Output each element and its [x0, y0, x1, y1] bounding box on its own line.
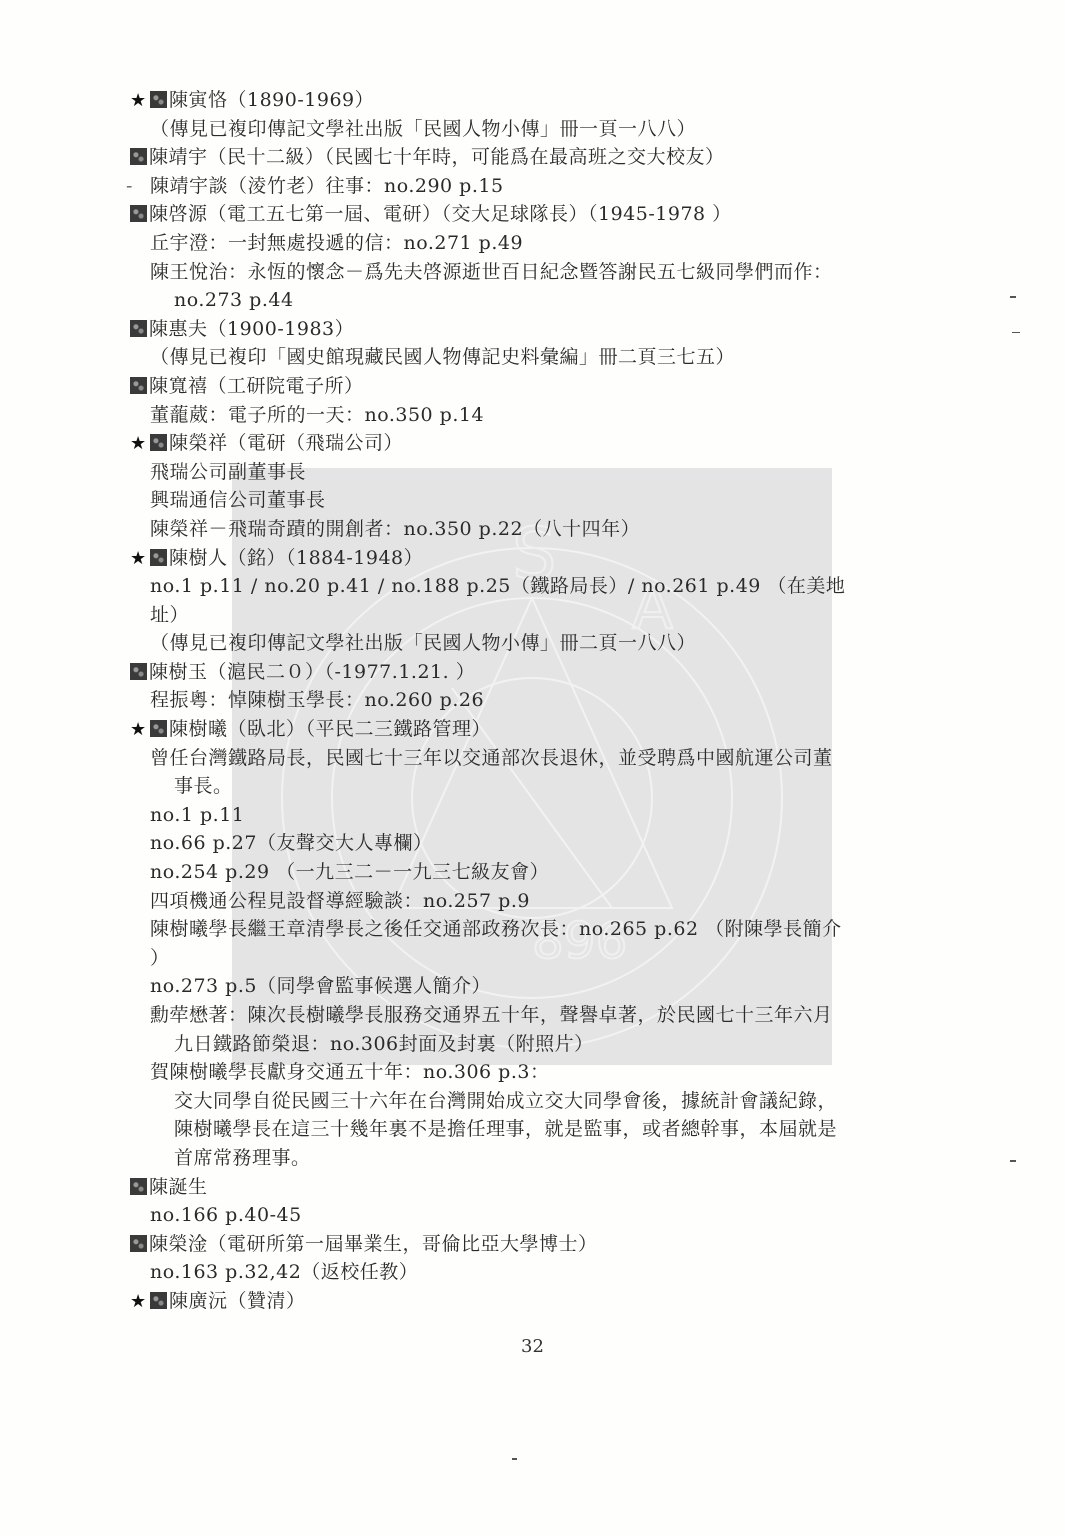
entry-text: ）	[150, 947, 170, 969]
entry-text: 陳誕生	[149, 1176, 208, 1198]
entry-reference-line: no.66 p.27（友聲交大人專欄）	[0, 829, 1065, 858]
entry-text: 址）	[150, 604, 189, 626]
document-body: ★陳寅恪（1890-1969）（傳見已複印傳記文學社出版「民國人物小傳」冊一頁一…	[0, 86, 1065, 1316]
star-icon: ★	[130, 716, 150, 745]
star-icon: ★	[130, 1288, 150, 1317]
seal-icon	[150, 549, 167, 566]
seal-icon	[130, 1178, 147, 1195]
entry-continuation-line: 事長。	[0, 772, 1065, 801]
person-entry-heading: 陳樹玉（滬民二０）（-1977.1.21. ）	[0, 658, 1065, 687]
entry-text: 陳樹人（銘）（1884-1948）	[169, 547, 423, 569]
entry-continuation-line: 陳樹曦學長在這三十幾年裏不是擔任理事，就是監事，或者總幹事，本屆就是	[0, 1115, 1065, 1144]
entry-continuation-line: 首席常務理事。	[0, 1144, 1065, 1173]
scan-artifact	[512, 1458, 517, 1460]
entry-text: 陳榮祥－飛瑞奇蹟的開創者：no.350 p.22（八十四年）	[150, 518, 640, 540]
entry-reference-line: no.273 p.5（同學會監事候選人簡介）	[0, 972, 1065, 1001]
entry-reference-line: 賀陳樹曦學長獻身交通五十年：no.306 p.3：	[0, 1058, 1065, 1087]
entry-reference-line: 興瑞通信公司董事長	[0, 486, 1065, 515]
entry-reference-line: no.1 p.11	[0, 801, 1065, 830]
entry-text: no.254 p.29 （一九三二－一九三七級友會）	[150, 861, 549, 883]
person-entry-heading: ★陳樹曦（臥北）（平民二三鐵路管理）	[0, 715, 1065, 744]
entry-text: 曾任台灣鐵路局長，民國七十三年以交通部次長退休，並受聘爲中國航運公司董	[150, 747, 833, 769]
seal-icon	[130, 377, 147, 394]
entry-text: 陳樹曦（臥北）（平民二三鐵路管理）	[169, 718, 491, 740]
entry-reference-line: 陳王悅治：永恆的懷念－爲先夫啓源逝世百日紀念暨答謝民五七級同學們而作：	[0, 258, 1065, 287]
dash-mark: -	[126, 172, 150, 201]
entry-continuation-line: 九日鐵路節榮退：no.306封面及封裏（附照片）	[0, 1030, 1065, 1059]
entry-text: no.163 p.32,42（返校任教）	[150, 1261, 418, 1283]
entry-text: 陳惠夫（1900-1983）	[149, 318, 354, 340]
entry-reference-line: 飛瑞公司副董事長	[0, 458, 1065, 487]
entry-text: 陳靖宇（民十二級）（民國七十年時，可能爲在最高班之交大校友）	[149, 146, 725, 168]
entry-text: 首席常務理事。	[174, 1147, 311, 1169]
entry-reference-line: no.163 p.32,42（返校任教）	[0, 1258, 1065, 1287]
entry-text: 陳榮祥（電研（飛瑞公司）	[169, 432, 403, 454]
entry-text: 興瑞通信公司董事長	[150, 489, 326, 511]
entry-reference-line: 址）	[0, 601, 1065, 630]
entry-continuation-line: 交大同學自從民國三十六年在台灣開始成立交大同學會後，據統計會議紀錄，	[0, 1087, 1065, 1116]
person-entry-heading: 陳榮淦（電研所第一屆畢業生，哥倫比亞大學博士）	[0, 1230, 1065, 1259]
entry-text: （傳見已複印傳記文學社出版「民國人物小傳」冊二頁一八八）	[150, 632, 696, 654]
seal-icon	[130, 1235, 147, 1252]
entry-reference-line: no.254 p.29 （一九三二－一九三七級友會）	[0, 858, 1065, 887]
entry-reference-line: ）	[0, 944, 1065, 973]
person-entry-heading: ★陳寅恪（1890-1969）	[0, 86, 1065, 115]
entry-reference-line: 曾任台灣鐵路局長，民國七十三年以交通部次長退休，並受聘爲中國航運公司董	[0, 744, 1065, 773]
entry-reference-line: （傳見已複印「國史館現藏民國人物傳記史料彙編」冊二頁三七五）	[0, 343, 1065, 372]
entry-text: no.273 p.44	[174, 289, 294, 311]
seal-icon	[130, 663, 147, 680]
entry-reference-line: （傳見已複印傳記文學社出版「民國人物小傳」冊一頁一八八）	[0, 115, 1065, 144]
entry-text: 陳啓源（電工五七第一屆、電研）（交大足球隊長）（1945-1978 ）	[149, 203, 732, 225]
person-entry-heading: 陳寬禧（工研院電子所）	[0, 372, 1065, 401]
entry-text: 陳榮淦（電研所第一屆畢業生，哥倫比亞大學博士）	[149, 1233, 598, 1255]
seal-icon	[130, 320, 147, 337]
entry-text: 董蘢葳：電子所的一天：no.350 p.14	[150, 404, 484, 426]
entry-text: no.166 p.40-45	[150, 1204, 302, 1226]
person-entry-heading: 陳惠夫（1900-1983）	[0, 315, 1065, 344]
entry-text: 陳王悅治：永恆的懷念－爲先夫啓源逝世百日紀念暨答謝民五七級同學們而作：	[150, 261, 833, 283]
star-icon: ★	[130, 87, 150, 116]
entry-text: （傳見已複印「國史館現藏民國人物傳記史料彙編」冊二頁三七五）	[150, 346, 735, 368]
person-entry-heading: ★陳榮祥（電研（飛瑞公司）	[0, 429, 1065, 458]
entry-text: 事長。	[174, 775, 233, 797]
entry-reference-line: 陳樹曦學長繼王章清學長之後任交通部政務次長：no.265 p.62 （附陳學長簡…	[0, 915, 1065, 944]
entry-text: 勳荦懋著：陳次長樹曦學長服務交通界五十年，聲譽卓著，於民國七十三年六月	[150, 1004, 833, 1026]
entry-reference-line: 程振粵：悼陳樹玉學長：no.260 p.26	[0, 686, 1065, 715]
seal-icon	[130, 148, 147, 165]
entry-reference-line: 丘宇澄：一封無處投遞的信：no.271 p.49	[0, 229, 1065, 258]
scan-artifact	[1010, 296, 1016, 298]
entry-text: 陳廣沅（贊清）	[169, 1290, 306, 1312]
seal-icon	[150, 1292, 167, 1309]
page-number: 32	[0, 1336, 1065, 1357]
entry-reference-line: no.166 p.40-45	[0, 1201, 1065, 1230]
entry-reference-line: 陳榮祥－飛瑞奇蹟的開創者：no.350 p.22（八十四年）	[0, 515, 1065, 544]
seal-icon	[150, 434, 167, 451]
entry-text: no.1 p.11 / no.20 p.41 / no.188 p.25（鐵路局…	[150, 575, 845, 597]
person-entry-heading: ★陳廣沅（贊清）	[0, 1287, 1065, 1316]
scan-artifact	[1010, 1160, 1016, 1162]
entry-reference-line: 四項機通公程見設督導經驗談：no.257 p.9	[0, 887, 1065, 916]
person-entry-heading: 陳靖宇（民十二級）（民國七十年時，可能爲在最高班之交大校友）	[0, 143, 1065, 172]
entry-text: 陳樹曦學長繼王章清學長之後任交通部政務次長：no.265 p.62 （附陳學長簡…	[150, 918, 842, 940]
entry-reference-line: no.1 p.11 / no.20 p.41 / no.188 p.25（鐵路局…	[0, 572, 1065, 601]
entry-text: 九日鐵路節榮退：no.306封面及封裏（附照片）	[174, 1033, 594, 1055]
entry-text: 丘宇澄：一封無處投遞的信：no.271 p.49	[150, 232, 523, 254]
entry-text: no.1 p.11	[150, 804, 244, 826]
entry-text: no.273 p.5（同學會監事候選人簡介）	[150, 975, 491, 997]
person-entry-heading: 陳誕生	[0, 1173, 1065, 1202]
entry-text: 交大同學自從民國三十六年在台灣開始成立交大同學會後，據統計會議紀錄，	[174, 1090, 837, 1112]
seal-icon	[150, 720, 167, 737]
entry-text: 陳靖宇談（淩竹老）往事：no.290 p.15	[150, 175, 504, 197]
seal-icon	[150, 91, 167, 108]
entry-text: （傳見已複印傳記文學社出版「民國人物小傳」冊一頁一八八）	[150, 118, 696, 140]
person-entry-heading: ★陳樹人（銘）（1884-1948）	[0, 544, 1065, 573]
entry-text: 程振粵：悼陳樹玉學長：no.260 p.26	[150, 689, 484, 711]
seal-icon	[130, 205, 147, 222]
entry-continuation-line: no.273 p.44	[0, 286, 1065, 315]
star-icon: ★	[130, 430, 150, 459]
entry-text: 四項機通公程見設督導經驗談：no.257 p.9	[150, 890, 530, 912]
entry-text: 賀陳樹曦學長獻身交通五十年：no.306 p.3：	[150, 1061, 549, 1083]
entry-text: 陳樹曦學長在這三十幾年裏不是擔任理事，就是監事，或者總幹事，本屆就是	[174, 1118, 837, 1140]
star-icon: ★	[130, 545, 150, 574]
entry-reference-line: （傳見已複印傳記文學社出版「民國人物小傳」冊二頁一八八）	[0, 629, 1065, 658]
entry-reference-line: 董蘢葳：電子所的一天：no.350 p.14	[0, 401, 1065, 430]
scan-artifact	[1012, 332, 1020, 333]
entry-reference-line: 勳荦懋著：陳次長樹曦學長服務交通界五十年，聲譽卓著，於民國七十三年六月	[0, 1001, 1065, 1030]
entry-reference-line: -陳靖宇談（淩竹老）往事：no.290 p.15	[0, 172, 1065, 201]
entry-text: 陳寬禧（工研院電子所）	[149, 375, 364, 397]
person-entry-heading: 陳啓源（電工五七第一屆、電研）（交大足球隊長）（1945-1978 ）	[0, 200, 1065, 229]
entry-text: 飛瑞公司副董事長	[150, 461, 306, 483]
entry-text: 陳寅恪（1890-1969）	[169, 89, 374, 111]
entry-text: 陳樹玉（滬民二０）（-1977.1.21. ）	[149, 661, 475, 683]
entry-text: no.66 p.27（友聲交大人專欄）	[150, 832, 432, 854]
